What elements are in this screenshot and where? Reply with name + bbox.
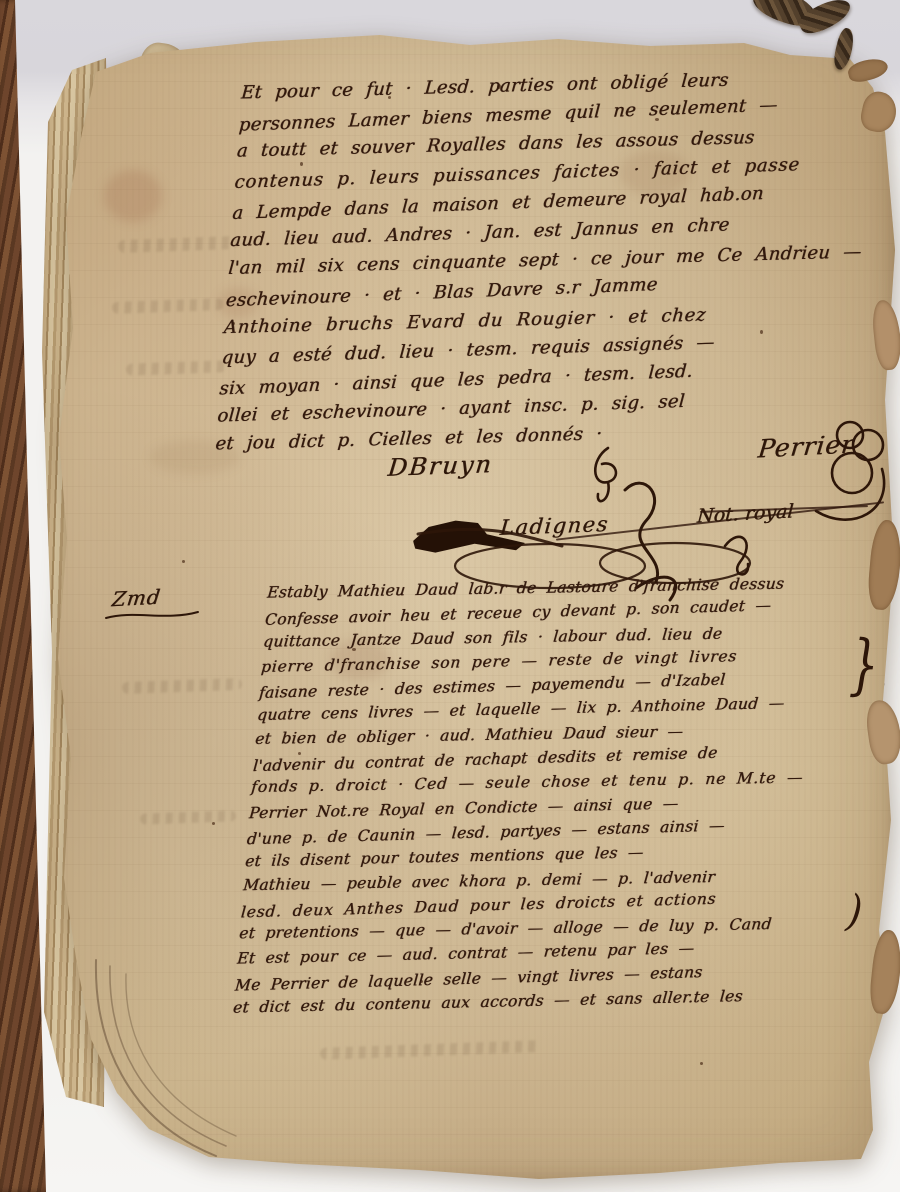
signature-bruyn: DBruyn bbox=[387, 450, 495, 482]
ink-speck bbox=[212, 822, 215, 825]
paper-stain bbox=[104, 170, 162, 222]
paragraph-first: Et pour ce fut · Lesd. parties ont oblig… bbox=[214, 59, 892, 460]
perrier-paraph-icon bbox=[812, 415, 900, 533]
ink-speck bbox=[182, 560, 185, 563]
paragraph-second: Estably Mathieu Daud lab.r de Lastoure d… bbox=[232, 567, 900, 1020]
manuscript-page: Et pour ce fut · Lesd. parties ont oblig… bbox=[0, 0, 900, 1192]
ink-speck bbox=[884, 682, 889, 687]
ink-speck bbox=[700, 1062, 703, 1065]
right-margin-brace: } bbox=[848, 625, 879, 703]
photograph-of-manuscript-page: Et pour ce fut · Lesd. parties ont oblig… bbox=[0, 0, 900, 1192]
page-wrapper: Et pour ce fut · Lesd. parties ont oblig… bbox=[0, 0, 900, 1192]
ink-speck bbox=[886, 662, 891, 668]
bruyn-paraph-icon bbox=[582, 442, 634, 514]
page-corner-creases-icon bbox=[86, 960, 276, 1170]
margin-note-swash-icon bbox=[104, 606, 200, 624]
